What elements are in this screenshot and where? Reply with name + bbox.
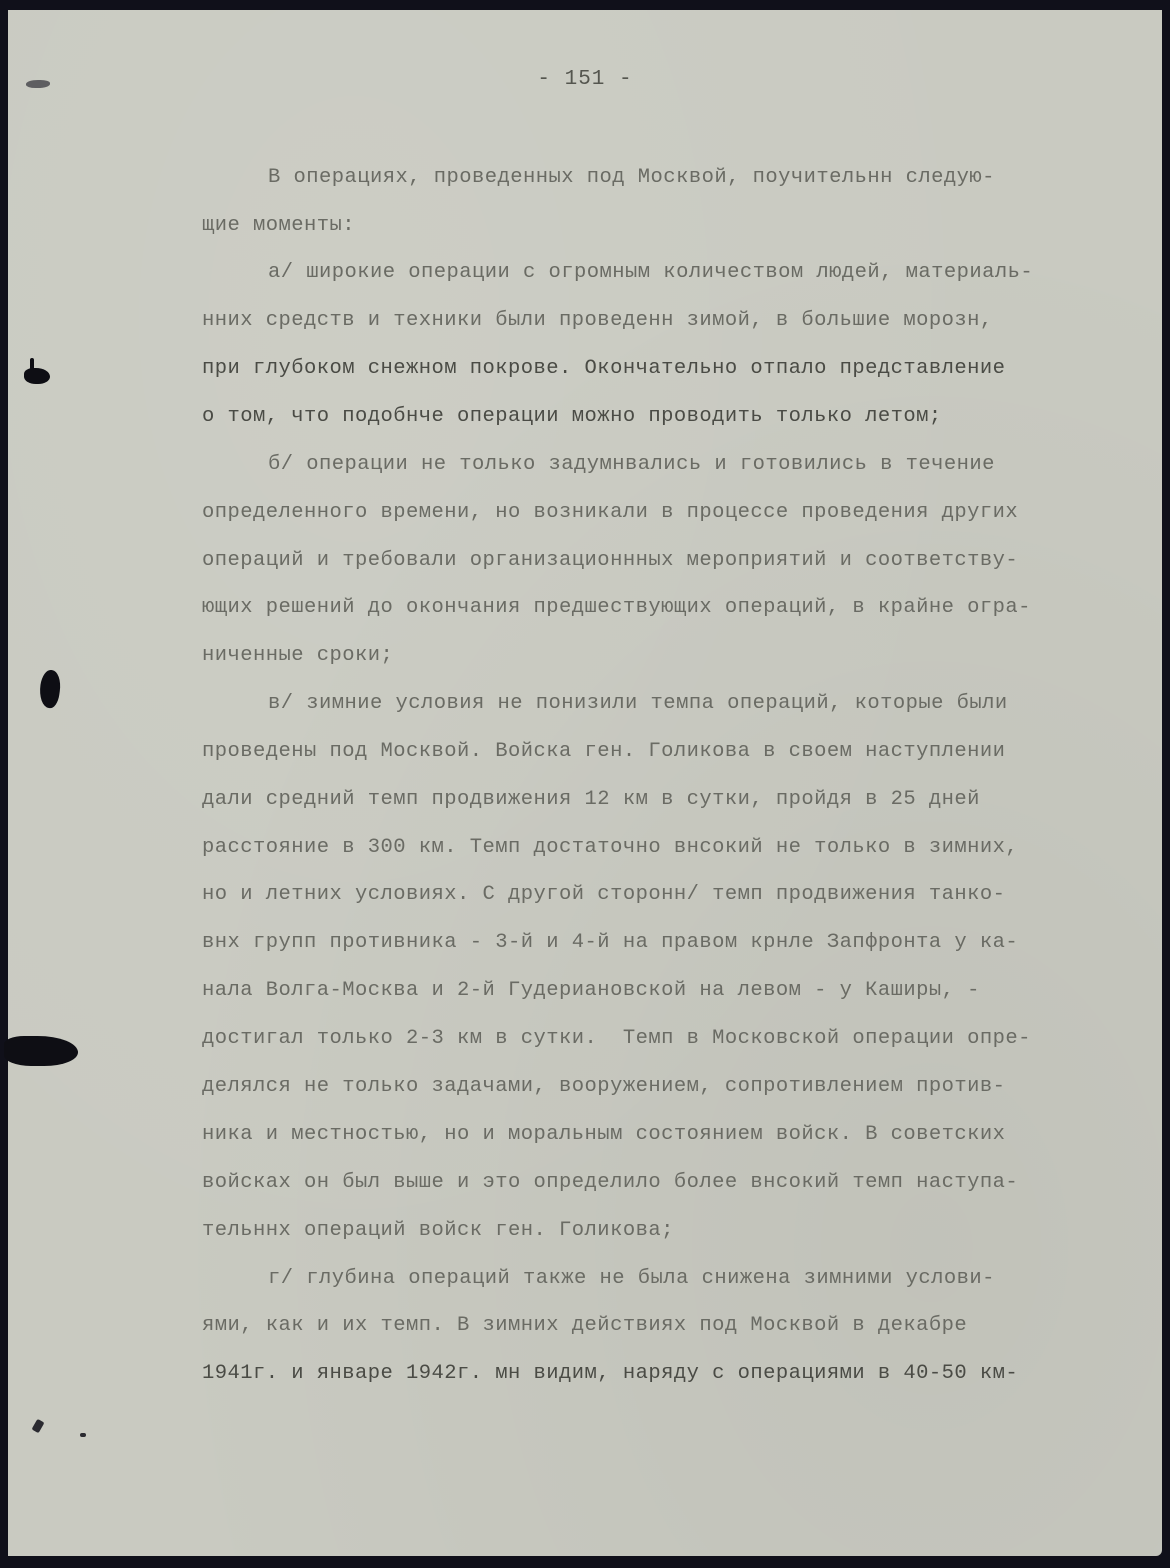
page-number: - 151 - [0,68,1170,91]
text-line: при глубоком снежном покрове. Окончатель… [202,357,1005,381]
text-line: о том, что подобнче операции можно прово… [202,405,942,429]
text-line: нала Волга-Москва и 2-й Гудериановской н… [202,979,980,1003]
text-line: нних средств и техники были проведенн зи… [202,309,993,333]
text-line: достигал только 2-3 км в сутки. Темп в М… [202,1027,1031,1051]
text-line: в/ зимние условия не понизили темпа опер… [268,692,1008,716]
text-line: операций и требовали организационнных ме… [202,549,1018,573]
text-line: ника и местностью, но и моральным состоя… [202,1123,1005,1147]
binding-hole-mark [24,368,50,384]
text-line: щие моменты: [202,214,355,238]
text-line: б/ операции не только задумнвались и гот… [268,453,995,477]
binding-hole-mark [80,1433,86,1437]
text-line: делялся не только задачами, вооружением,… [202,1075,1005,1099]
text-line: г/ глубина операций также не была снижен… [268,1267,995,1291]
text-line: но и летних условиях. С другой сторонн/ … [202,883,1005,907]
text-line: тельннх операций войск ген. Голикова; [202,1219,674,1243]
text-line: проведены под Москвой. Войска ген. Голик… [202,740,1005,764]
text-line: войсках он был выше и это определило бол… [202,1171,1018,1195]
binding-hole-mark [4,1036,78,1066]
text-line: В операциях, проведенных под Москвой, по… [268,166,995,190]
text-line: а/ широкие операции с огромным количеств… [268,261,1033,285]
text-line: определенного времени, но возникали в пр… [202,501,1018,525]
text-line: дали средний темп продвижения 12 км в су… [202,788,980,812]
text-line: 1941г. и январе 1942г. мн видим, наряду … [202,1362,1018,1386]
text-line: ями, как и их темп. В зимних действиях п… [202,1314,967,1338]
text-line: внх групп противника - 3-й и 4-й на прав… [202,931,1018,955]
text-line: расстояние в 300 км. Темп достаточно внс… [202,836,1018,860]
text-line: ющих решений до окончания предшествующих… [202,596,1031,620]
text-line: ниченные сроки; [202,644,393,668]
